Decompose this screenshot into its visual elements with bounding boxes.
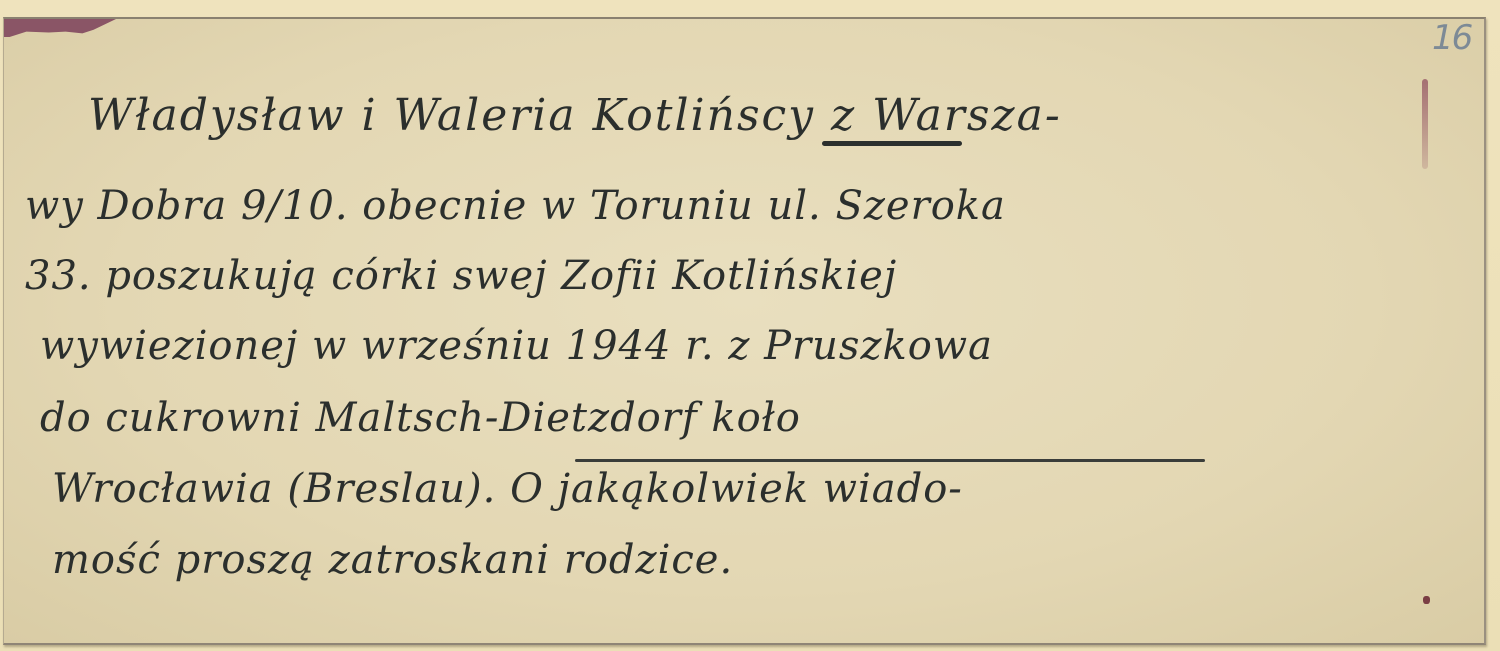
text-line-4: wywiezionej w wrześniu 1944 r. z Pruszko…	[40, 323, 993, 369]
text-line-3: 33. poszukują córki swej Zofii Kotliński…	[25, 253, 897, 299]
text-line-1: Władysław i Waleria Kotlińscy z Warsza-	[88, 90, 1062, 141]
corner-stain	[4, 19, 116, 37]
ink-spot	[1423, 596, 1430, 604]
text-line-2: wy Dobra 9/10. obecnie w Toruniu ul. Sze…	[25, 183, 1006, 229]
edge-tear-stain	[1422, 79, 1428, 169]
text-line-7: mość proszą zatroskani rodzice.	[52, 537, 733, 583]
underline-place	[575, 459, 1205, 462]
text-line-6: Wrocławia (Breslau). O jakąkolwiek wiado…	[52, 466, 963, 512]
underline-surname	[822, 141, 962, 146]
page-number: 16	[1432, 18, 1471, 58]
text-line-5: do cukrowni Maltsch-Dietzdorf koło	[40, 395, 801, 441]
